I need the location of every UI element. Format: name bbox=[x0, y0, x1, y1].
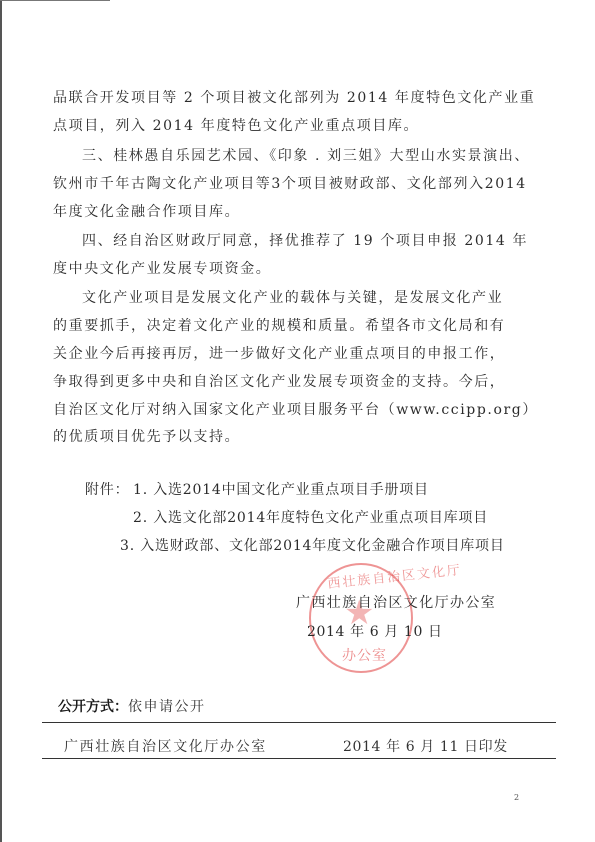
attachment-item: 3. 入选财政部、文化部2014年度文化金融合作项目库项目 bbox=[120, 538, 505, 554]
body-line: 点项目，列入 2014 年度特色文化产业重点项目库。 bbox=[53, 118, 419, 134]
disclosure-label: 公开方式： bbox=[58, 699, 128, 715]
footer-organization: 广西壮族自治区文化厅办公室 bbox=[64, 736, 267, 756]
body-line: 自治区文化厅对纳入国家文化产业项目服务平台（www.ccipp.org） bbox=[53, 402, 538, 418]
body-line: 的重要抓手，决定着文化产业的规模和质量。希望各市文化局和有 bbox=[53, 318, 505, 334]
body-line: 文化产业项目是发展文化产业的载体与关键，是发展文化产业 bbox=[82, 290, 503, 306]
footer-issue-date: 2014 年 6 月 11 日印发 bbox=[343, 736, 508, 756]
attachment-item: 2. 入选文化部2014年度特色文化产业重点项目库项目 bbox=[133, 510, 488, 526]
seal-center-text: 办公室 bbox=[342, 645, 387, 665]
signature-organization: 广西壮族自治区文化厅办公室 bbox=[296, 592, 496, 612]
footer-bottom-rule bbox=[42, 758, 556, 759]
disclosure: 公开方式：依申请公开 bbox=[58, 696, 206, 716]
signature-date: 2014 年 6 月 10 日 bbox=[307, 621, 443, 641]
body-line: 争取得到更多中央和自治区文化产业发展专项资金的支持。今后， bbox=[53, 374, 505, 390]
footer-top-rule bbox=[42, 722, 556, 723]
body-line: 关企业今后再接再厉，进一步做好文化产业重点项目的申报工作， bbox=[53, 346, 505, 362]
body-line: 年度文化金融合作项目库。 bbox=[53, 204, 240, 220]
page-number: 2 bbox=[514, 793, 519, 802]
body-line: 钦州市千年古陶文化产业项目等3个项目被财政部、文化部列入2014 bbox=[53, 176, 527, 192]
body-line: 品联合开发项目等 2 个项目被文化部列为 2014 年度特色文化产业重 bbox=[53, 90, 535, 106]
body-line: 的优质项目优先予以支持。 bbox=[53, 429, 240, 445]
scan-edge-top bbox=[0, 0, 110, 1]
body-line: 四、经自治区财政厅同意，择优推荐了 19 个项目申报 2014 年 bbox=[82, 233, 528, 249]
disclosure-value: 依申请公开 bbox=[128, 699, 206, 715]
attachments-label: 附件： bbox=[85, 482, 129, 498]
scan-edge bbox=[0, 0, 2, 842]
attachment-item: 1. 入选2014中国文化产业重点项目手册项目 bbox=[133, 482, 429, 498]
body-line: 度中央文化产业发展专项资金。 bbox=[53, 261, 271, 277]
body-line: 三、桂林愚自乐园艺术园、《印象 . 刘三姐》大型山水实景演出、 bbox=[82, 148, 530, 164]
